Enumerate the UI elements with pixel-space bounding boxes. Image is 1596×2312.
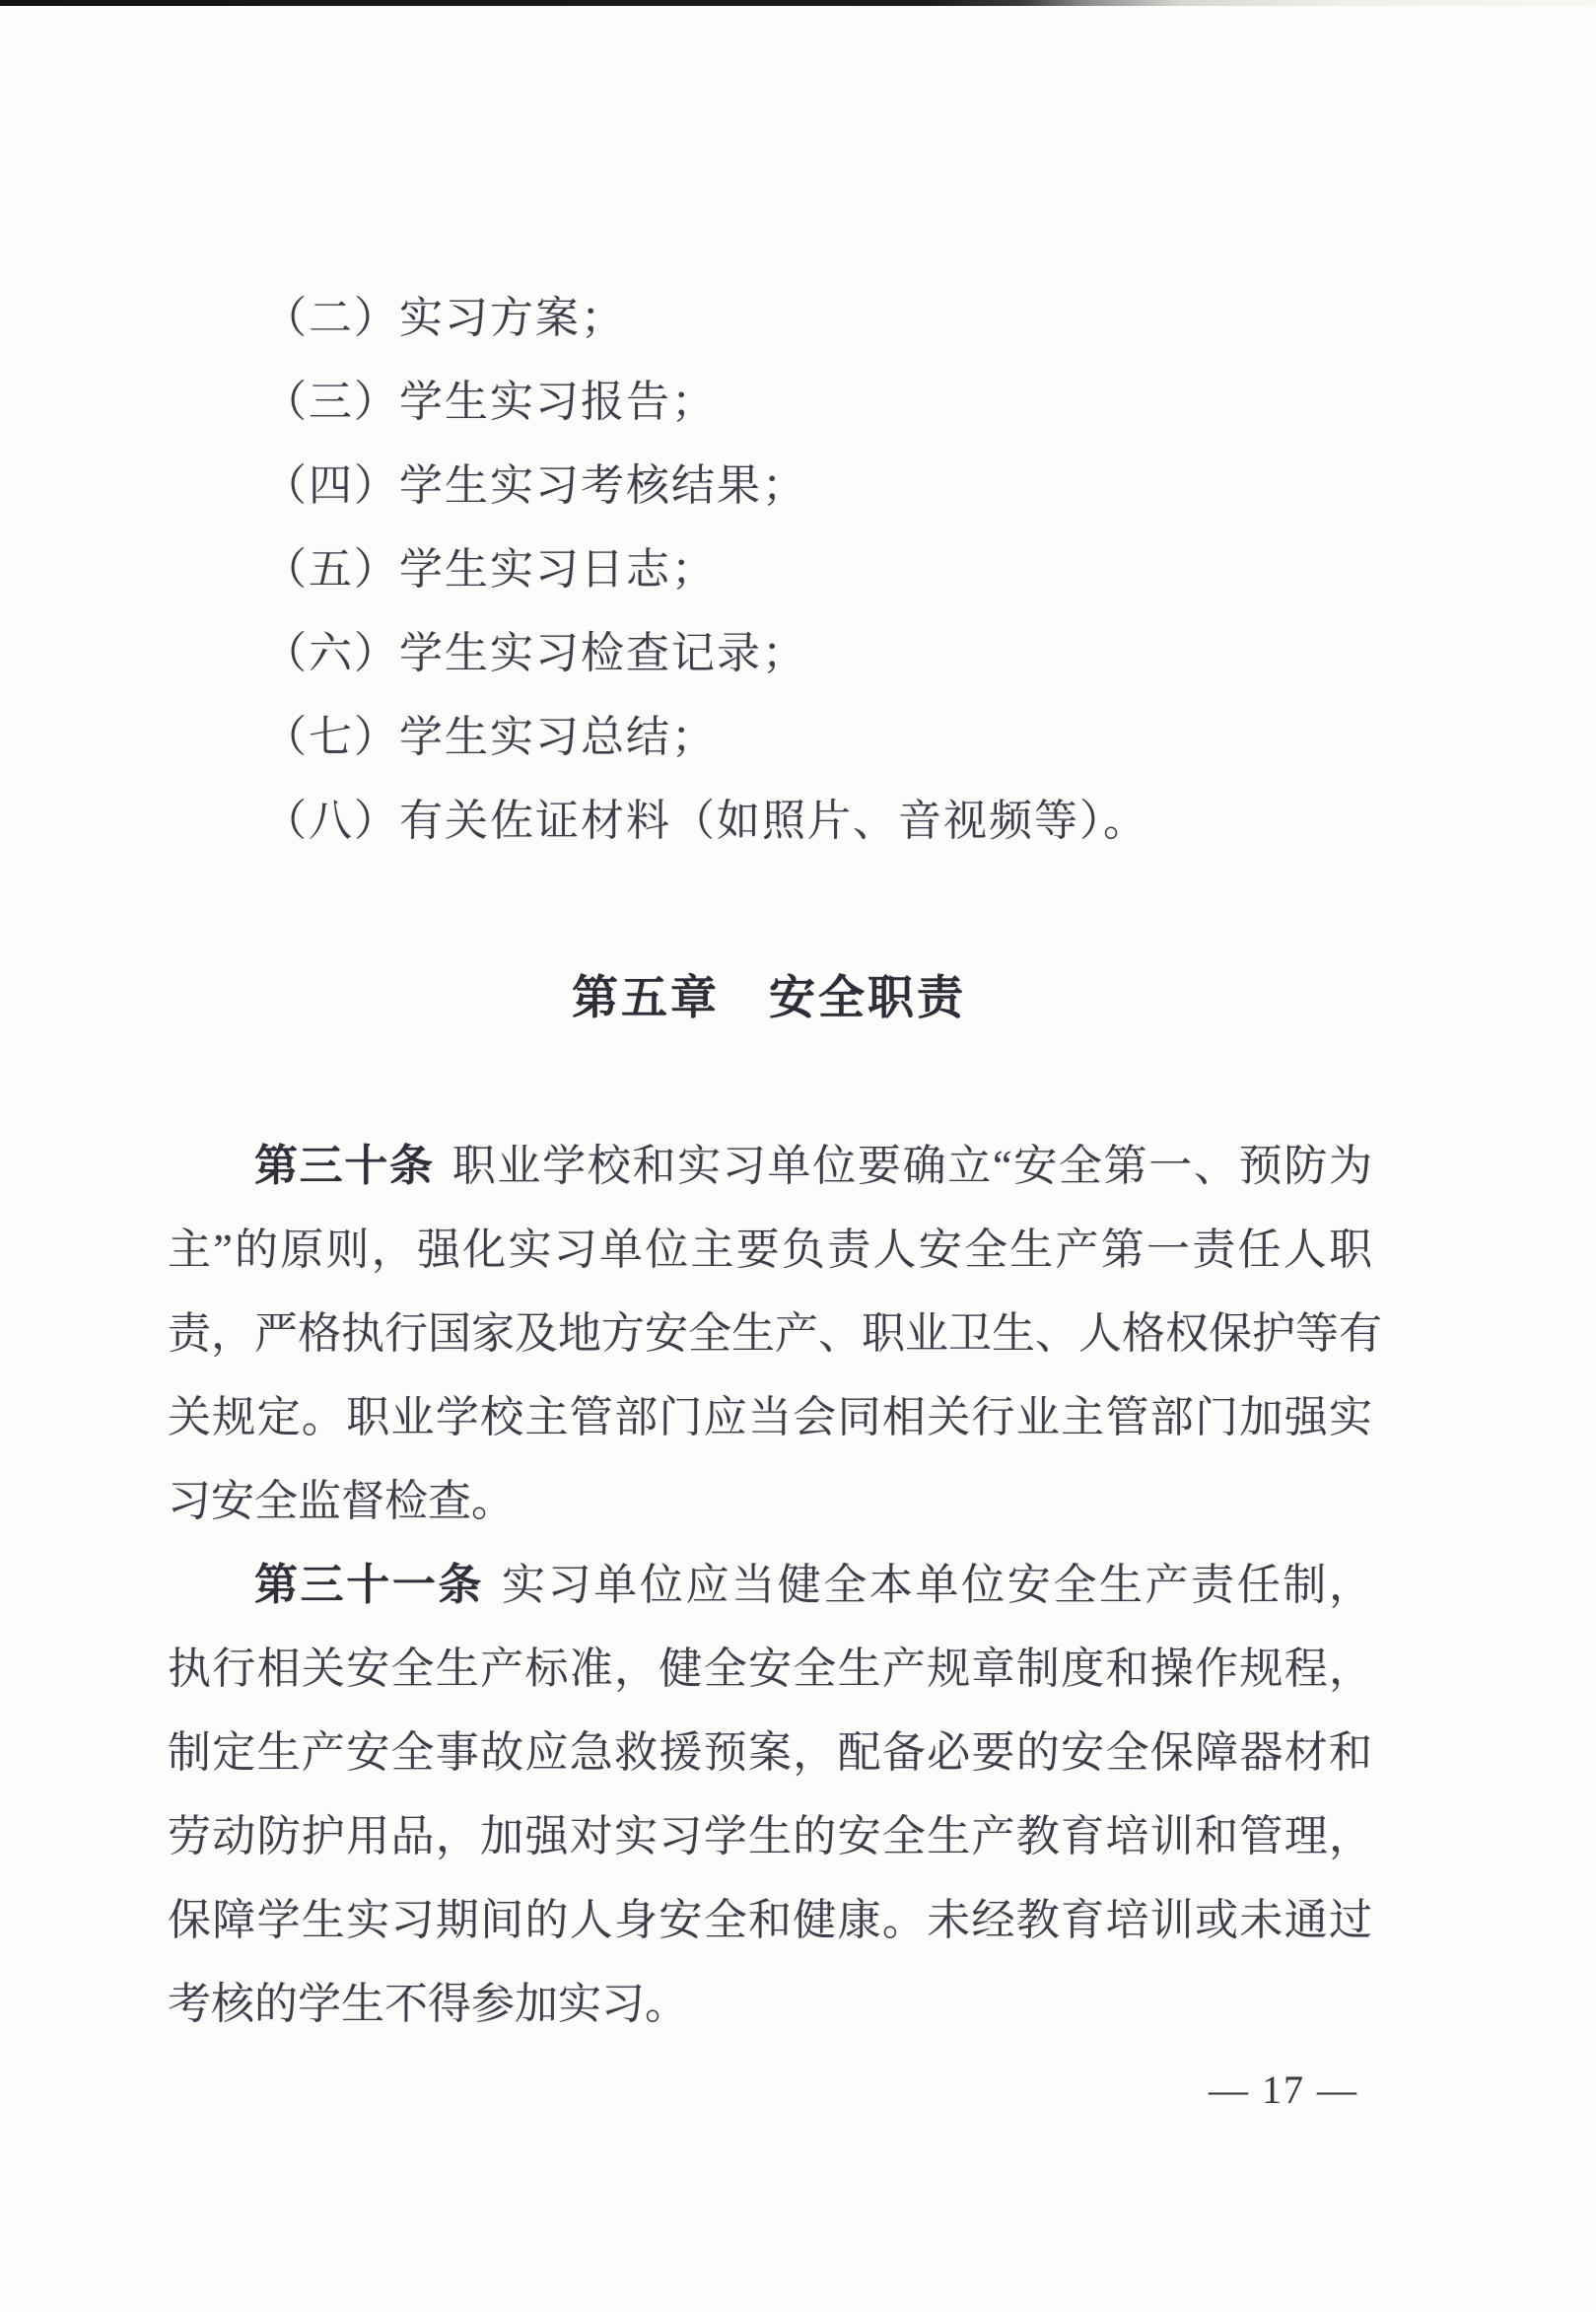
body-line: 执行相关安全生产标准，健全安全生产规章制度和操作规程， <box>168 1627 1372 1711</box>
list-item: （四）学生实习考核结果； <box>263 444 1387 527</box>
body-line: 制定生产安全事故应急救援预案，配备必要的安全保障器材和 <box>168 1711 1372 1794</box>
body-line: 考核的学生不得参加实习。 <box>168 1962 1372 2046</box>
chapter-heading: 第五章 安全职责 <box>168 966 1370 1029</box>
document-page: （二）实习方案； （三）学生实习报告； （四）学生实习考核结果； （五）学生实习… <box>0 0 1596 2312</box>
body-line: 关规定。职业学校主管部门应当会同相关行业主管部门加强实 <box>168 1375 1372 1459</box>
list-item: （二）实习方案； <box>263 276 1387 360</box>
body-line: 责，严格执行国家及地方安全生产、职业卫生、人格权保护等有 <box>168 1292 1372 1375</box>
body-line: 习安全监督检查。 <box>168 1459 1372 1543</box>
list-item: （三）学生实习报告； <box>263 360 1387 444</box>
list-item: （七）学生实习总结； <box>263 695 1387 779</box>
list-item: （六）学生实习检查记录； <box>263 611 1387 695</box>
article-30-paragraph: 第三十条职业学校和实习单位要确立“安全第一、预防为 主”的原则，强化实习单位主要… <box>168 1124 1372 1543</box>
article-number: 第三十条 <box>254 1142 435 1190</box>
article-number: 第三十一条 <box>254 1561 484 1609</box>
body-line: 第三十一条实习单位应当健全本单位安全生产责任制， <box>168 1543 1372 1627</box>
numbered-list: （二）实习方案； （三）学生实习报告； （四）学生实习考核结果； （五）学生实习… <box>263 276 1387 863</box>
list-item: （五）学生实习日志； <box>263 527 1387 611</box>
body-line: 劳动防护用品，加强对实习学生的安全生产教育培训和管理， <box>168 1794 1372 1878</box>
body-line: 保障学生实习期间的人身安全和健康。未经教育培训或未通过 <box>168 1878 1372 1962</box>
scanner-edge-artifact <box>0 0 1596 6</box>
page-number: — 17 — <box>1209 2067 1358 2114</box>
body-text: 实习单位应当健全本单位安全生产责任制， <box>502 1561 1372 1609</box>
list-item: （八）有关佐证材料（如照片、音视频等）。 <box>263 779 1387 863</box>
body-line: 第三十条职业学校和实习单位要确立“安全第一、预防为 <box>168 1124 1372 1208</box>
body-line: 主”的原则，强化实习单位主要负责人安全生产第一责任人职 <box>168 1208 1372 1292</box>
article-31-paragraph: 第三十一条实习单位应当健全本单位安全生产责任制， 执行相关安全生产标准，健全安全… <box>168 1543 1372 2046</box>
body-text: 职业学校和实习单位要确立“安全第一、预防为 <box>452 1142 1372 1190</box>
